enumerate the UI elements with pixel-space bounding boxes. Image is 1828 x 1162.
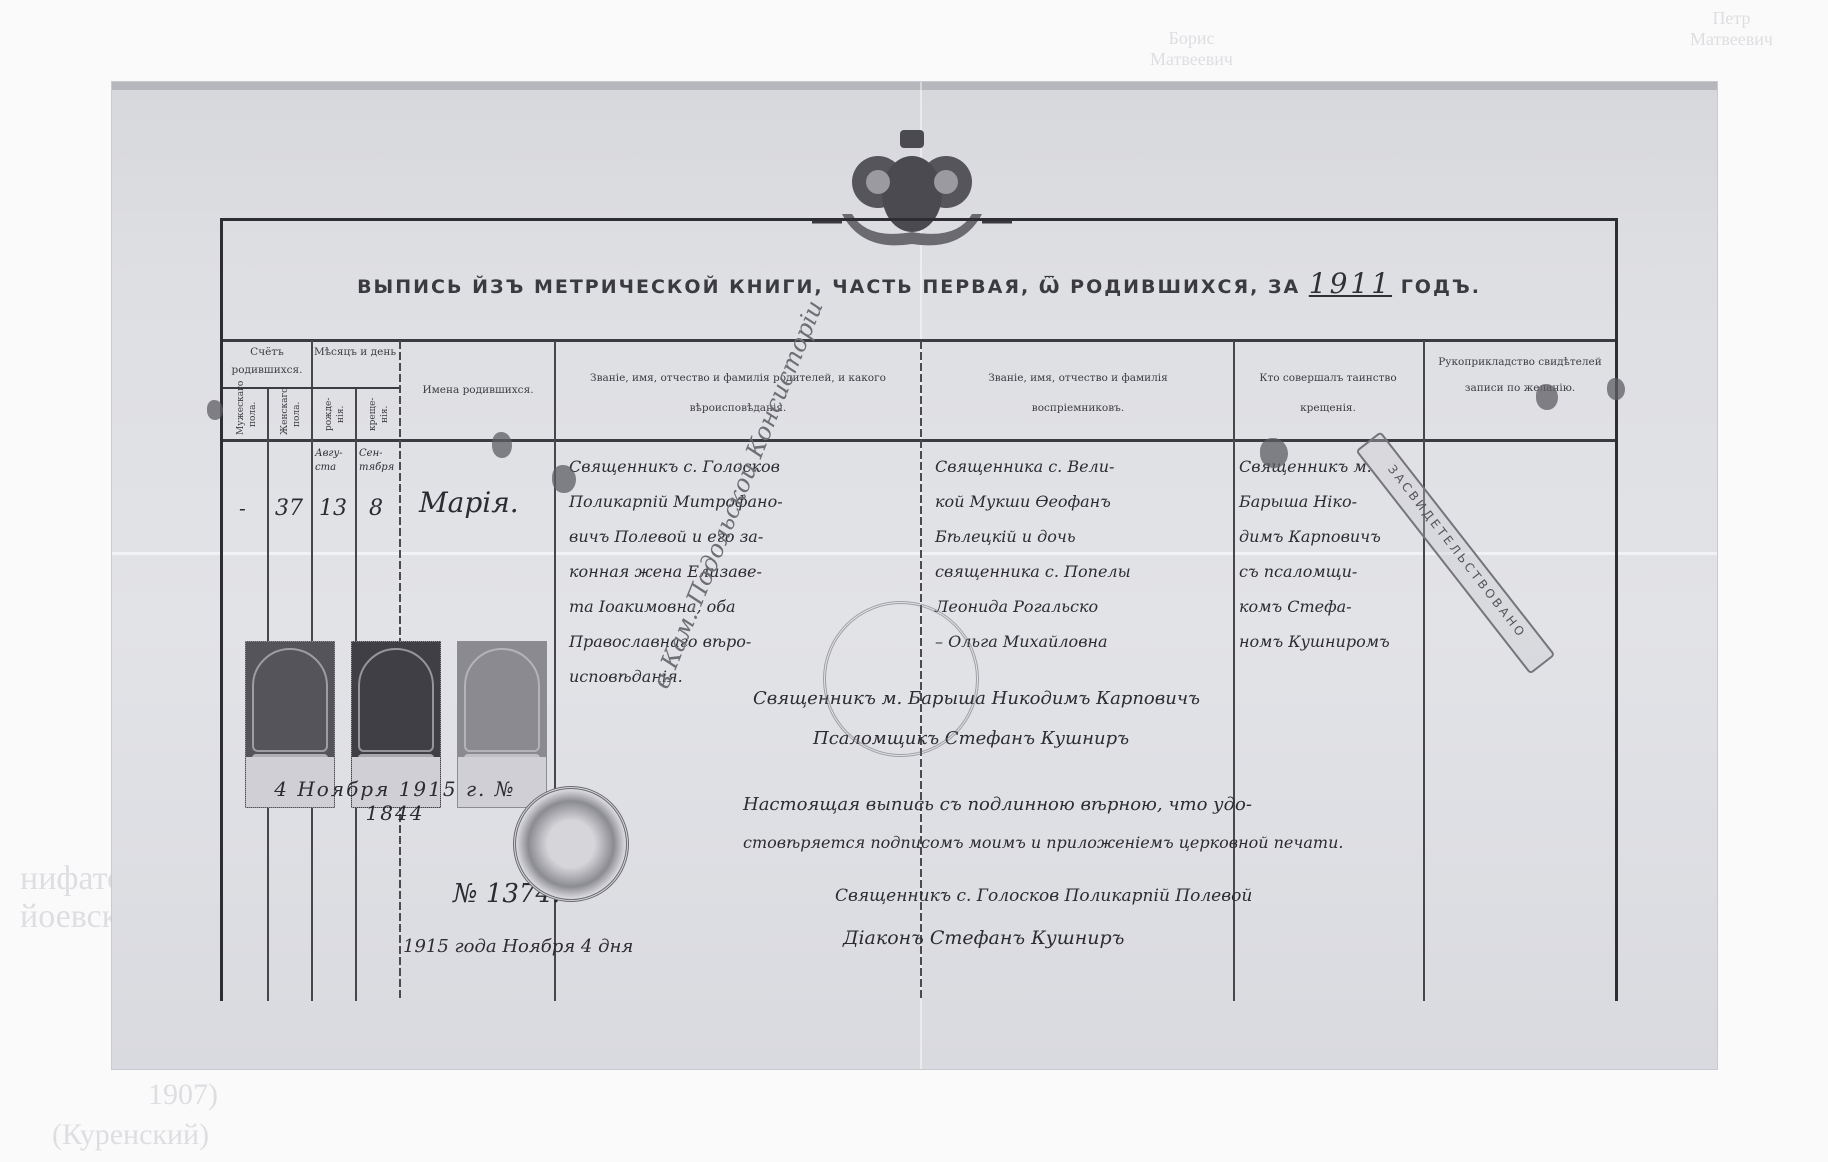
registry-date: 1915 года Ноября 4 дня: [403, 929, 633, 964]
ink-blot: [207, 400, 223, 420]
ink-blot: [492, 432, 512, 458]
ink-blot: [1536, 384, 1558, 410]
cell-birth-month: Авгу-ста: [315, 447, 355, 475]
ink-blot: [1260, 438, 1288, 468]
cell-female-count: 37: [275, 491, 303, 526]
header-birth-count: Счётъ родившихся.: [225, 343, 309, 379]
certifier-signature-2: Діаконъ Стефанъ Кушниръ: [843, 921, 1124, 956]
record-table: ВЫПИСЬ ЙЗЪ МЕТРИЧЕСКОЙ КНИГИ, ЧАСТЬ ПЕРВ…: [220, 218, 1618, 1001]
certification-line-1: Настоящая выпись съ подлинною вѣрною, чт…: [743, 787, 1252, 822]
ink-blot: [1607, 378, 1625, 400]
consistory-seal-icon: [823, 601, 979, 757]
certifier-signature-1: Священникъ с. Голосков Поликарпій Полево…: [835, 879, 1252, 914]
bleed-text-bottom-left-2: (Куренский): [52, 1118, 209, 1152]
ink-blot: [552, 465, 576, 493]
header-signatures: Рукоприкладство свидѣтелей записи по жел…: [1435, 349, 1605, 401]
cell-baptism-month: Сен-тября: [359, 447, 399, 475]
header-month-day: Мѣсяцъ и день: [313, 343, 397, 361]
church-seal-icon: [513, 786, 629, 902]
rule-subheader: [223, 387, 399, 389]
header-female: Женскаго пола.: [279, 393, 303, 435]
header-baptism-date: креще-нія.: [367, 393, 391, 435]
header-name: Имена родившихся.: [403, 379, 553, 401]
bleed-text-top-right: Петр Матвеевич: [1690, 8, 1773, 50]
bleed-text-left-mid: нифато йоевск: [20, 860, 124, 936]
col-divider: [1423, 341, 1425, 1001]
header-male: Мужескаго пола.: [235, 393, 259, 435]
header-officiant: Кто совершалъ таинство крещенія.: [1253, 363, 1403, 423]
header-godparents: Званіе, имя, отчество и фамилія воспріем…: [953, 363, 1203, 423]
title-year: 1911: [1309, 267, 1392, 300]
header-birth-date: рожде-нія.: [323, 393, 347, 435]
bleed-text-top-mid: Борис Матвеевич: [1150, 28, 1233, 70]
cell-birth-day: 13: [319, 491, 347, 526]
certification-line-2: стовѣряется подписомъ моимъ и приложеніе…: [743, 825, 1343, 860]
bleed-text-bottom-left-1: 1907): [148, 1078, 218, 1112]
cell-baptism-day: 8: [369, 491, 383, 526]
document-title: ВЫПИСЬ ЙЗЪ МЕТРИЧЕСКОЙ КНИГИ, ЧАСТЬ ПЕРВ…: [223, 267, 1615, 300]
cell-male-count: -: [239, 491, 246, 526]
header-parents: Званіе, имя, отчество и фамилія родителе…: [573, 363, 903, 423]
rule-header-bottom: [223, 439, 1615, 442]
rule-top: [223, 339, 1615, 342]
cell-child-name: Марія.: [419, 485, 519, 520]
revenue-stamps: 4 Ноября 1915 г. № 1844: [245, 641, 545, 816]
stamp-cancellation-text: 4 Ноября 1915 г. № 1844: [245, 777, 545, 825]
cell-godparents: Священника с. Вели- кой Мукши Ѳеофанъ Бѣ…: [935, 449, 1235, 659]
